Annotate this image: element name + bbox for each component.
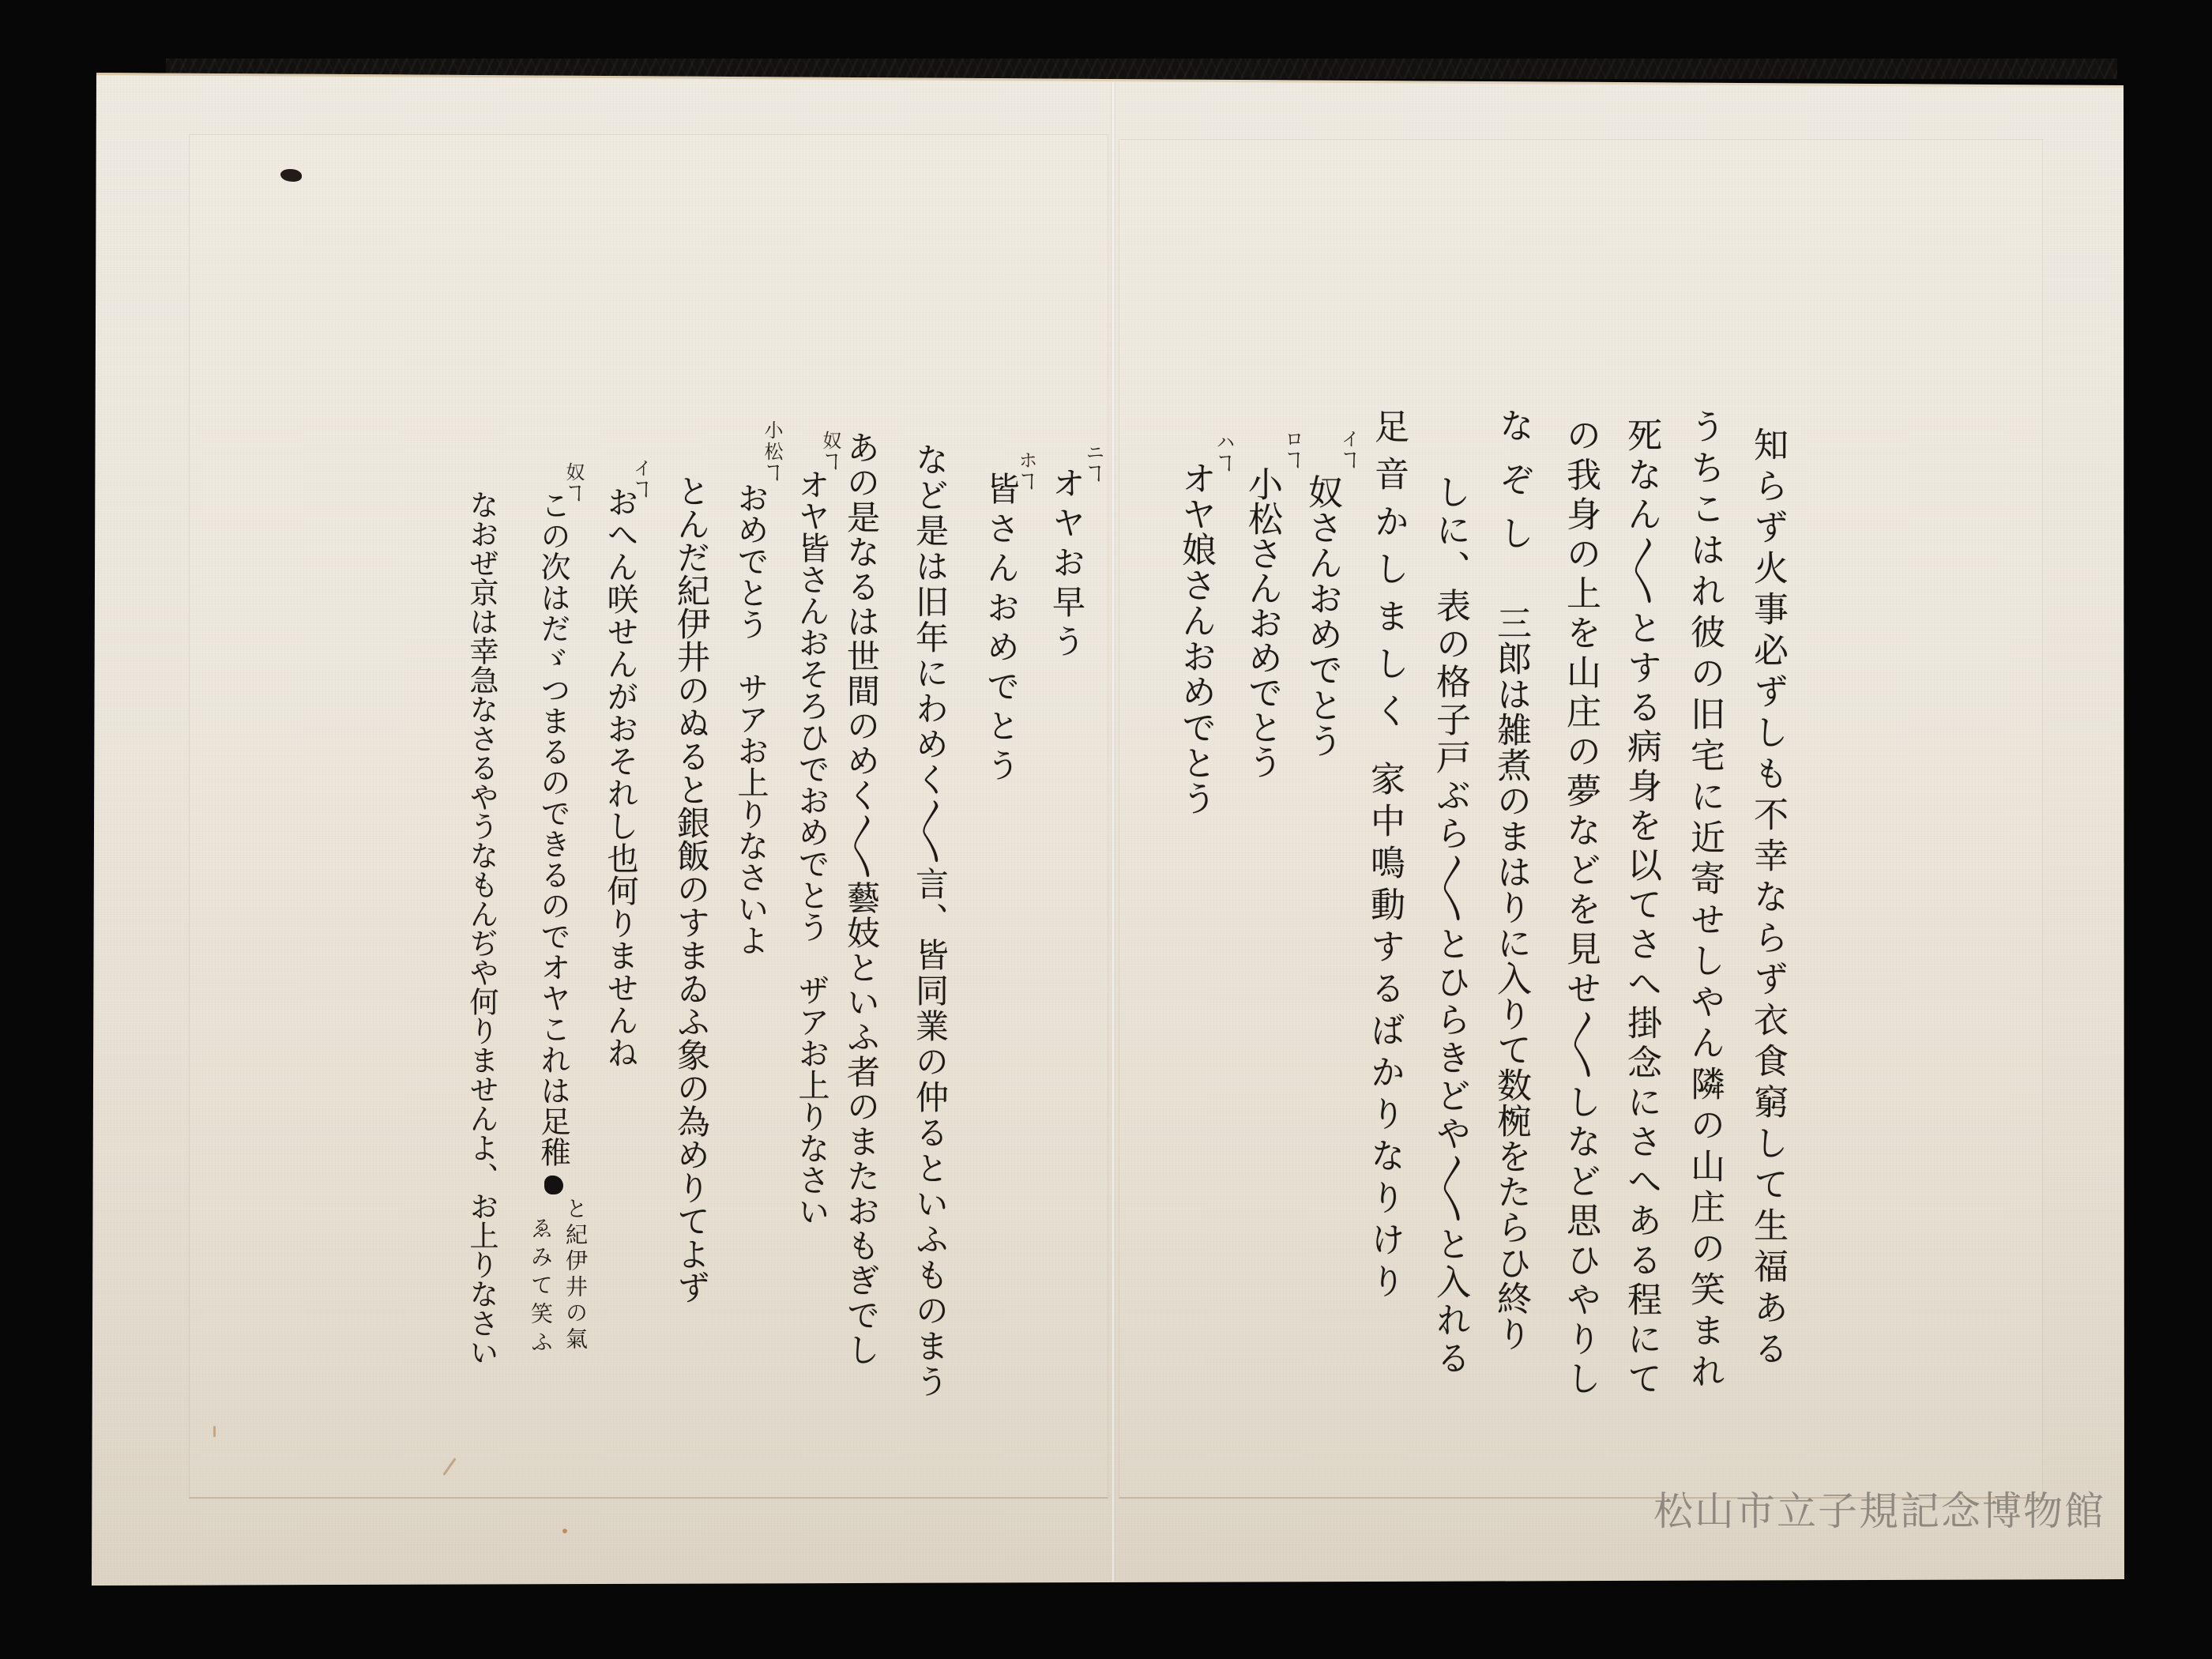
speaker-mark: イヿ [1339,429,1358,472]
museum-watermark: 松山市立子規記念博物館 [1653,1492,2105,1531]
speaker-mark: ハヿ [1214,432,1233,475]
marginal-annotation: ゑみて笑ふ [529,1217,551,1359]
dialogue-line: おめでとう サアお上りなさいよ [735,482,766,956]
center-fold [1111,82,1115,1582]
dialogue-line: この次はだゞつまるのできるのでオヤこれは足稚 [538,490,568,1168]
ink-blot [544,1176,563,1194]
right-column-7-head: 足音かしましく [1371,408,1405,740]
right-column-2: うちこはれ彼の旧宅に近寄せしやん隣の山庄の笑まれ [1687,408,1721,1394]
stain-mark [213,1426,216,1437]
right-column-4: の我身の上を山庄の夢などを見せ〳〵しなど思ひやりし [1563,417,1597,1400]
right-column-7-body: 家中鳴動するばかりなりけり [1367,761,1401,1305]
right-column-6: しに、表の格子戸ぶら〳〵とひらきどや〳〵と入れる [1432,474,1467,1378]
dialogue-line: 皆さんおめでとう [984,472,1018,788]
left-column-7: とんだ紀伊井のぬると銀飯のすまゐふ象の為めりてよず [675,474,708,1303]
speaker-mark: 奴ヿ [821,431,840,473]
marginal-annotation: と紀伊井の氣 [564,1197,586,1353]
speaker-mark: ロヿ [1283,429,1302,472]
left-column-4: あの是なるは世間のめく〳〵藝妓といふ者のまたおもぎでし [845,431,878,1367]
ink-spot [280,169,302,182]
speaker-mark: ニヿ [1084,442,1103,485]
dialogue-line: オヤ娘さんおめでとう [1178,461,1213,816]
right-column-3: 死なん〳〵とする病身を以てさへ掛念にさへある程にて [1623,417,1658,1400]
dialogue-line: 奴さんおめでとう [1304,474,1339,758]
left-column-10: なおぜ京は幸急なさるやうなもんぢや何りませんよ、お上りなさい [467,490,496,1367]
left-inner-sheet [189,134,1108,1499]
right-column-1: 知らず火事必ずしも不幸ならず衣食窮して生福ある [1750,427,1785,1371]
dialogue-line: オヤお早う [1050,466,1083,664]
left-column-3: など是は旧年にわめく〳〵言、皆同業の仲るといふものまう [913,442,946,1400]
dialogue-line: 小松さんおめでとう [1244,466,1279,779]
dialogue-line: おへん咲せんがおそれし也何りませんね [604,486,636,1069]
speaker-mark: 小松ヿ [762,420,781,484]
right-column-5-body: 三郎は雑煮のまはりに入りて数椀をたらひ終り [1493,605,1528,1352]
dialogue-line: オヤ皆さんおそろひでおめでとう ザアお上りなさい [796,468,827,1227]
right-column-5-head: なぞし [1495,408,1530,569]
stain-dot [562,1529,567,1533]
